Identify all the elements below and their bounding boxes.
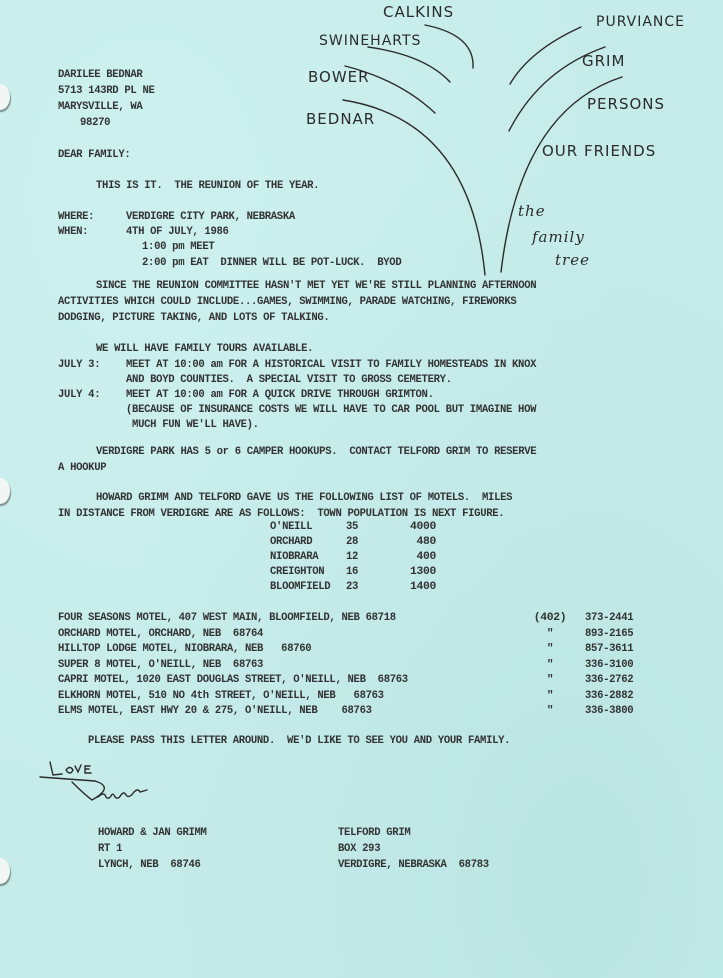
where-label: WHERE: <box>58 211 94 224</box>
paragraph-line: A HOOKUP <box>58 462 106 475</box>
town-population: 1300 <box>396 566 436 579</box>
closing-line: PLEASE PASS THIS LETTER AROUND. WE'D LIK… <box>88 735 510 748</box>
tree-branch-label: PURVIANCE <box>596 14 685 30</box>
punch-hole <box>0 858 10 884</box>
when-value: 4TH OF JULY, 1986 <box>126 226 229 239</box>
motel-name: ELKHORN MOTEL, 510 NO 4th STREET, O'NEIL… <box>58 690 384 703</box>
tour-line: MEET AT 10:00 am FOR A QUICK DRIVE THROU… <box>126 389 434 402</box>
town-population: 1400 <box>396 581 436 594</box>
paragraph-line: IN DISTANCE FROM VERDIGRE ARE AS FOLLOWS… <box>58 508 504 521</box>
salutation: DEAR FAMILY: <box>58 149 130 162</box>
motel-phone: 893-2165 <box>585 628 633 641</box>
motel-name: FOUR SEASONS MOTEL, 407 WEST MAIN, BLOOM… <box>58 612 396 625</box>
motel-area-code: " <box>530 705 570 718</box>
motel-phone: 336-3100 <box>585 659 633 672</box>
town-miles: 35 <box>346 521 358 534</box>
contact-line: LYNCH, NEB 68746 <box>98 859 201 872</box>
paragraph-line: SINCE THE REUNION COMMITTEE HASN'T MET Y… <box>96 280 536 293</box>
contact-line: BOX 293 <box>338 843 380 856</box>
town-population: 400 <box>396 551 436 564</box>
tours-heading: WE WILL HAVE FAMILY TOURS AVAILABLE. <box>96 343 313 356</box>
tree-caption: family <box>532 228 585 246</box>
town-population: 480 <box>396 536 436 549</box>
sender-zip: 98270 <box>80 117 110 130</box>
motel-area-code: " <box>530 643 570 656</box>
sender-street: 5713 143RD PL NE <box>58 85 155 98</box>
motel-area-code: " <box>530 628 570 641</box>
contact-line: TELFORD GRIM <box>338 827 410 840</box>
motel-area-code: (402) <box>530 612 570 625</box>
tour-label: JULY 4: <box>58 389 100 402</box>
paragraph-line: ACTIVITIES WHICH COULD INCLUDE...GAMES, … <box>58 296 516 309</box>
motel-name: CAPRI MOTEL, 1020 EAST DOUGLAS STREET, O… <box>58 674 408 687</box>
motel-name: HILLTOP LODGE MOTEL, NIOBRARA, NEB 68760 <box>58 643 311 656</box>
town-name: BLOOMFIELD <box>270 581 330 594</box>
tree-branch-label: BEDNAR <box>306 110 375 128</box>
motel-name: SUPER 8 MOTEL, O'NEILL, NEB 68763 <box>58 659 263 672</box>
sender-city: MARYSVILLE, WA <box>58 101 142 114</box>
town-name: CREIGHTON <box>270 566 324 579</box>
tree-branch-label: CALKINS <box>383 3 454 21</box>
motel-phone: 373-2441 <box>585 612 633 625</box>
motel-area-code: " <box>530 674 570 687</box>
letter-page: DARILEE BEDNAR 5713 143RD PL NE MARYSVIL… <box>0 0 723 978</box>
intro-line: THIS IS IT. THE REUNION OF THE YEAR. <box>96 180 319 193</box>
when-label: WHEN: <box>58 226 88 239</box>
tree-caption: the <box>518 202 546 220</box>
motel-name: ORCHARD MOTEL, ORCHARD, NEB 68764 <box>58 628 263 641</box>
town-name: O'NEILL <box>270 521 312 534</box>
tour-line: AND BOYD COUNTIES. A SPECIAL VISIT TO GR… <box>126 374 452 387</box>
schedule-item: 2:00 pm EAT DINNER WILL BE POT-LUCK. BYO… <box>142 257 401 270</box>
punch-hole <box>0 84 10 110</box>
town-name: NIOBRARA <box>270 551 318 564</box>
paragraph-line: DODGING, PICTURE TAKING, AND LOTS OF TAL… <box>58 312 329 325</box>
town-miles: 16 <box>346 566 358 579</box>
tree-branch-label: GRIM <box>582 52 625 70</box>
paragraph-line: HOWARD GRIMM AND TELFORD GAVE US THE FOL… <box>96 492 512 505</box>
town-miles: 28 <box>346 536 358 549</box>
tour-line: MEET AT 10:00 am FOR A HISTORICAL VISIT … <box>126 359 536 372</box>
tree-caption: tree <box>555 251 590 269</box>
town-population: 4000 <box>396 521 436 534</box>
paragraph-line: VERDIGRE PARK HAS 5 or 6 CAMPER HOOKUPS.… <box>96 446 536 459</box>
motel-name: ELMS MOTEL, EAST HWY 20 & 275, O'NEILL, … <box>58 705 372 718</box>
motel-area-code: " <box>530 659 570 672</box>
contact-line: HOWARD & JAN GRIMM <box>98 827 207 840</box>
where-value: VERDIGRE CITY PARK, NEBRASKA <box>126 211 295 224</box>
contact-line: RT 1 <box>98 843 122 856</box>
contact-line: VERDIGRE, NEBRASKA 68783 <box>338 859 489 872</box>
tree-branch-label: SWINEHARTS <box>319 33 421 49</box>
tour-label: JULY 3: <box>58 359 100 372</box>
motel-area-code: " <box>530 690 570 703</box>
tree-branch-label: BOWER <box>308 68 370 86</box>
sender-name: DARILEE BEDNAR <box>58 69 142 82</box>
schedule-item: 1:00 pm MEET <box>142 241 214 254</box>
motel-phone: 336-2762 <box>585 674 633 687</box>
tour-line: MUCH FUN WE'LL HAVE). <box>126 419 259 432</box>
motel-phone: 336-3800 <box>585 705 633 718</box>
town-miles: 23 <box>346 581 358 594</box>
tree-branch-label: PERSONS <box>587 95 665 113</box>
town-name: ORCHARD <box>270 536 312 549</box>
motel-phone: 336-2882 <box>585 690 633 703</box>
town-miles: 12 <box>346 551 358 564</box>
punch-hole <box>0 478 10 504</box>
motel-phone: 857-3611 <box>585 643 633 656</box>
tree-branch-label: OUR FRIENDS <box>542 142 656 160</box>
tour-line: (BECAUSE OF INSURANCE COSTS WE WILL HAVE… <box>126 404 536 417</box>
